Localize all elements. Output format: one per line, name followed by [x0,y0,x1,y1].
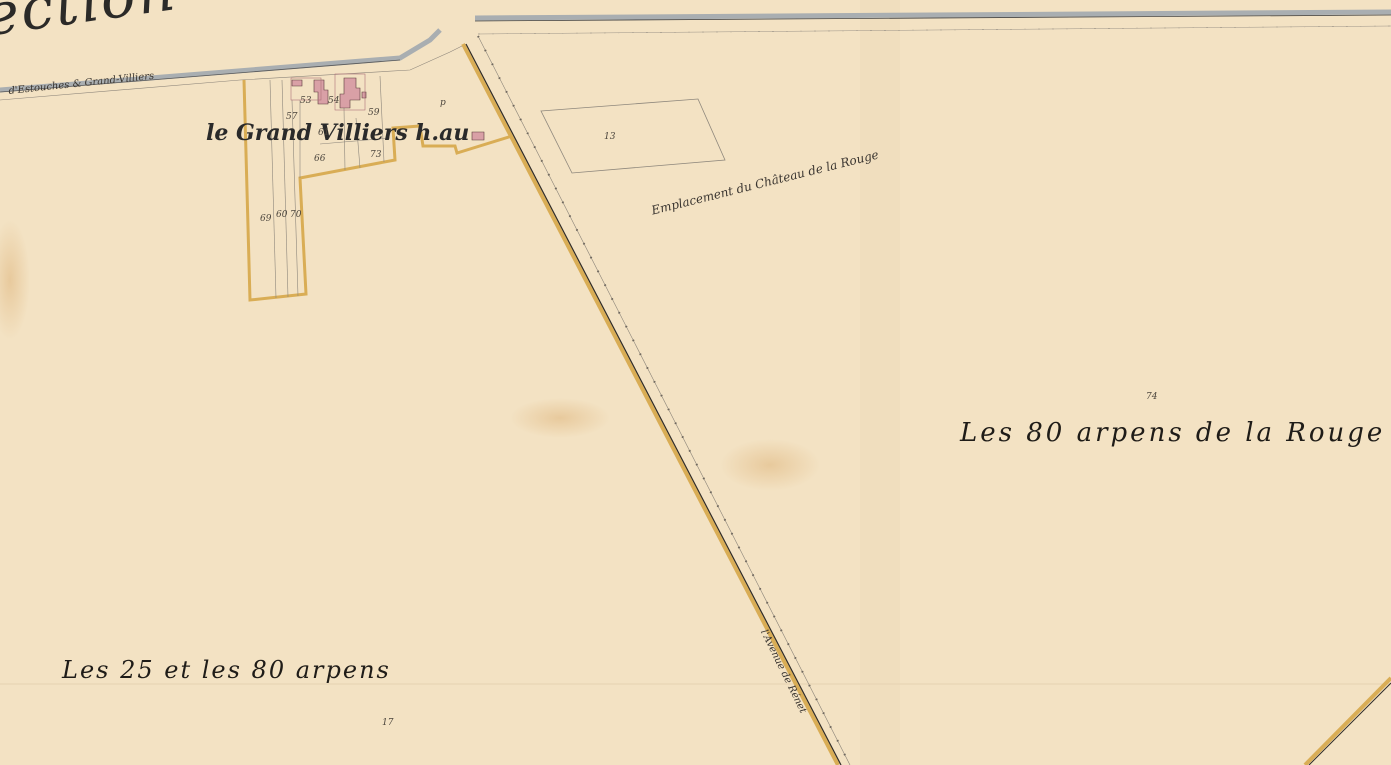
cadastral-map-canvas [0,0,1391,765]
parcel-number: 53 [300,96,311,106]
paper-fold [860,0,900,765]
parcel-number: 60 [276,210,287,220]
parcel-number: 59 [368,108,379,118]
lieu-dit-right-label: Les 80 arpens de la Rouge [960,418,1385,448]
parcel-number: 74 [1146,392,1157,402]
paper-stain [510,398,610,438]
paper-background [0,0,1391,765]
building-hameau [472,132,484,140]
parcel-number: 57 [286,112,297,122]
hamlet-label: le Grand Villiers h.au [206,120,469,146]
lieu-dit-left-label: Les 25 et les 80 arpens [62,656,391,684]
parcel-number: 66 [314,154,325,164]
parcel-number: 54 [328,96,339,106]
parcel-number: 13 [604,132,615,142]
building [292,80,302,86]
paper-stain [720,439,820,491]
parcel-number: 69 [260,214,271,224]
parcel-number: 61 [318,128,329,138]
building [362,92,366,98]
parcel-number: 73 [370,150,381,160]
parcel-number: 17 [382,718,393,728]
parcel-number: p [440,98,446,108]
parcel-number: 70 [290,210,301,220]
